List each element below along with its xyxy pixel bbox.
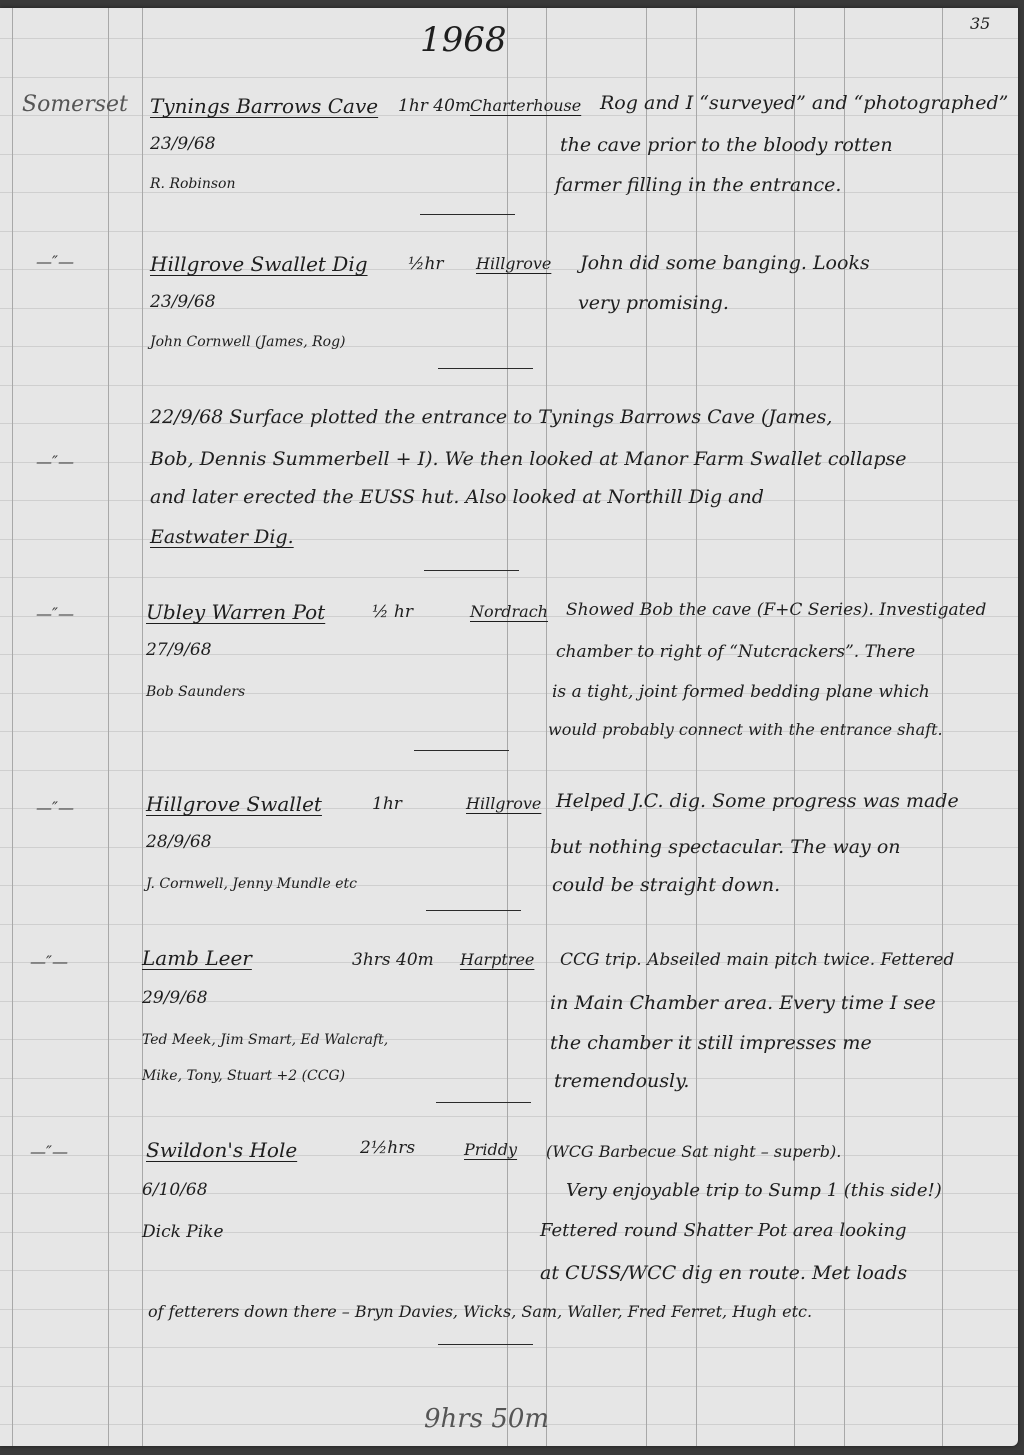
cave-name: Tynings Barrows Cave: [150, 94, 378, 118]
trip-note-line: would probably connect with the entrance…: [548, 720, 943, 739]
ruling-line: [0, 577, 1018, 578]
ruling-line: [0, 1386, 1018, 1387]
ruling-line: [0, 924, 1018, 925]
trip-note-line: at CUSS/WCC dig en route. Met loads: [540, 1262, 907, 1284]
cave-name: Lamb Leer: [142, 946, 252, 970]
cave-name: Hillgrove Swallet: [146, 792, 322, 816]
ruling-line: [0, 770, 1018, 771]
trip-duration: ½ hr: [372, 602, 413, 622]
entry-separator: [436, 1102, 531, 1103]
ditto-mark: —″—: [36, 452, 74, 471]
logbook-page: 1968 35 Somerset Tynings Barrows Cave 23…: [0, 8, 1018, 1446]
paragraph-line: 22/9/68 Surface plotted the entrance to …: [150, 406, 832, 428]
region-label: Somerset: [22, 92, 128, 117]
paragraph-line: Bob, Dennis Summerbell + I). We then loo…: [150, 448, 907, 470]
trip-note-line: Showed Bob the cave (F+C Series). Invest…: [566, 600, 986, 620]
trip-location: Priddy: [464, 1140, 517, 1159]
trip-note-line: (WCG Barbecue Sat night – superb).: [546, 1142, 841, 1161]
trip-note-line: farmer filling in the entrance.: [555, 174, 841, 196]
trip-location: Harptree: [460, 950, 534, 969]
column-rule: [507, 8, 508, 1446]
entry-separator: [438, 1344, 533, 1345]
ditto-mark: —″—: [36, 798, 74, 817]
trip-duration: 3hrs 40m: [352, 950, 434, 970]
trip-people: Bob Saunders: [146, 684, 245, 700]
ditto-mark: —″—: [30, 1142, 68, 1161]
trip-people: R. Robinson: [150, 176, 236, 192]
column-rule: [12, 8, 13, 1446]
ruling-line: [0, 38, 1018, 39]
entry-separator: [424, 570, 519, 571]
ruling-line: [0, 1347, 1018, 1348]
trip-date: 6/10/68: [142, 1180, 208, 1200]
trip-date: 23/9/68: [150, 134, 216, 154]
trip-note-line: chamber to right of “Nutcrackers”. There: [556, 642, 915, 662]
ruling-line: [0, 192, 1018, 193]
entry-separator: [414, 750, 509, 751]
paragraph-line: Eastwater Dig.: [150, 526, 294, 548]
year-heading: 1968: [420, 20, 507, 60]
trip-location: Hillgrove: [476, 254, 551, 273]
trip-note-line: the cave prior to the bloody rotten: [560, 134, 893, 156]
trip-date: 29/9/68: [142, 988, 208, 1008]
ruling-line: [0, 231, 1018, 232]
entry-separator: [426, 910, 521, 911]
ruling-line: [0, 385, 1018, 386]
trip-note-line: Helped J.C. dig. Some progress was made: [556, 790, 959, 812]
trip-note-line: CCG trip. Abseiled main pitch twice. Fet…: [560, 950, 954, 970]
trip-note-continuation: of fetterers down there – Bryn Davies, W…: [148, 1302, 812, 1321]
trip-date: 28/9/68: [146, 832, 212, 852]
trip-note-line: but nothing spectacular. The way on: [550, 836, 901, 858]
ditto-mark: —″—: [36, 604, 74, 623]
trip-people: John Cornwell (James, Rog): [150, 334, 346, 350]
trip-location: Charterhouse: [470, 96, 581, 115]
entry-separator: [438, 368, 533, 369]
trip-duration: ½hr: [408, 254, 444, 274]
trip-people: J. Cornwell, Jenny Mundle etc: [146, 876, 357, 892]
column-rule: [108, 8, 109, 1446]
total-duration: 9hrs 50m: [424, 1404, 549, 1434]
trip-note-line: Very enjoyable trip to Sump 1 (this side…: [566, 1180, 942, 1201]
ditto-mark: —″—: [36, 252, 74, 271]
trip-note-line: could be straight down.: [552, 874, 780, 896]
paragraph-line: and later erected the EUSS hut. Also loo…: [150, 486, 764, 508]
trip-note-line: John did some banging. Looks: [580, 252, 870, 274]
trip-people: Mike, Tony, Stuart +2 (CCG): [142, 1068, 345, 1084]
trip-note-line: Fettered round Shatter Pot area looking: [540, 1220, 907, 1241]
cave-name: Ubley Warren Pot: [146, 600, 325, 624]
trip-duration: 1hr 40m: [398, 96, 471, 116]
page-number: 35: [970, 14, 990, 33]
trip-date: 23/9/68: [150, 292, 216, 312]
ruling-line: [0, 77, 1018, 78]
trip-location: Hillgrove: [466, 794, 541, 813]
trip-note-line: tremendously.: [554, 1070, 689, 1092]
trip-location: Nordrach: [470, 602, 548, 621]
trip-people: Dick Pike: [142, 1222, 224, 1242]
trip-note-line: the chamber it still impresses me: [550, 1032, 872, 1054]
ruling-line: [0, 1116, 1018, 1117]
trip-duration: 2½hrs: [360, 1138, 415, 1158]
trip-date: 27/9/68: [146, 640, 212, 660]
cave-name: Swildon's Hole: [146, 1138, 297, 1162]
trip-duration: 1hr: [372, 794, 402, 814]
trip-note-line: in Main Chamber area. Every time I see: [550, 992, 936, 1014]
cave-name: Hillgrove Swallet Dig: [150, 252, 368, 276]
entry-separator: [420, 214, 515, 215]
trip-note-line: Rog and I “surveyed” and “photographed”: [600, 92, 1008, 114]
trip-note-line: very promising.: [578, 292, 729, 314]
trip-note-line: is a tight, joint formed bedding plane w…: [552, 682, 930, 702]
trip-people: Ted Meek, Jim Smart, Ed Walcraft,: [142, 1032, 388, 1048]
ditto-mark: —″—: [30, 952, 68, 971]
